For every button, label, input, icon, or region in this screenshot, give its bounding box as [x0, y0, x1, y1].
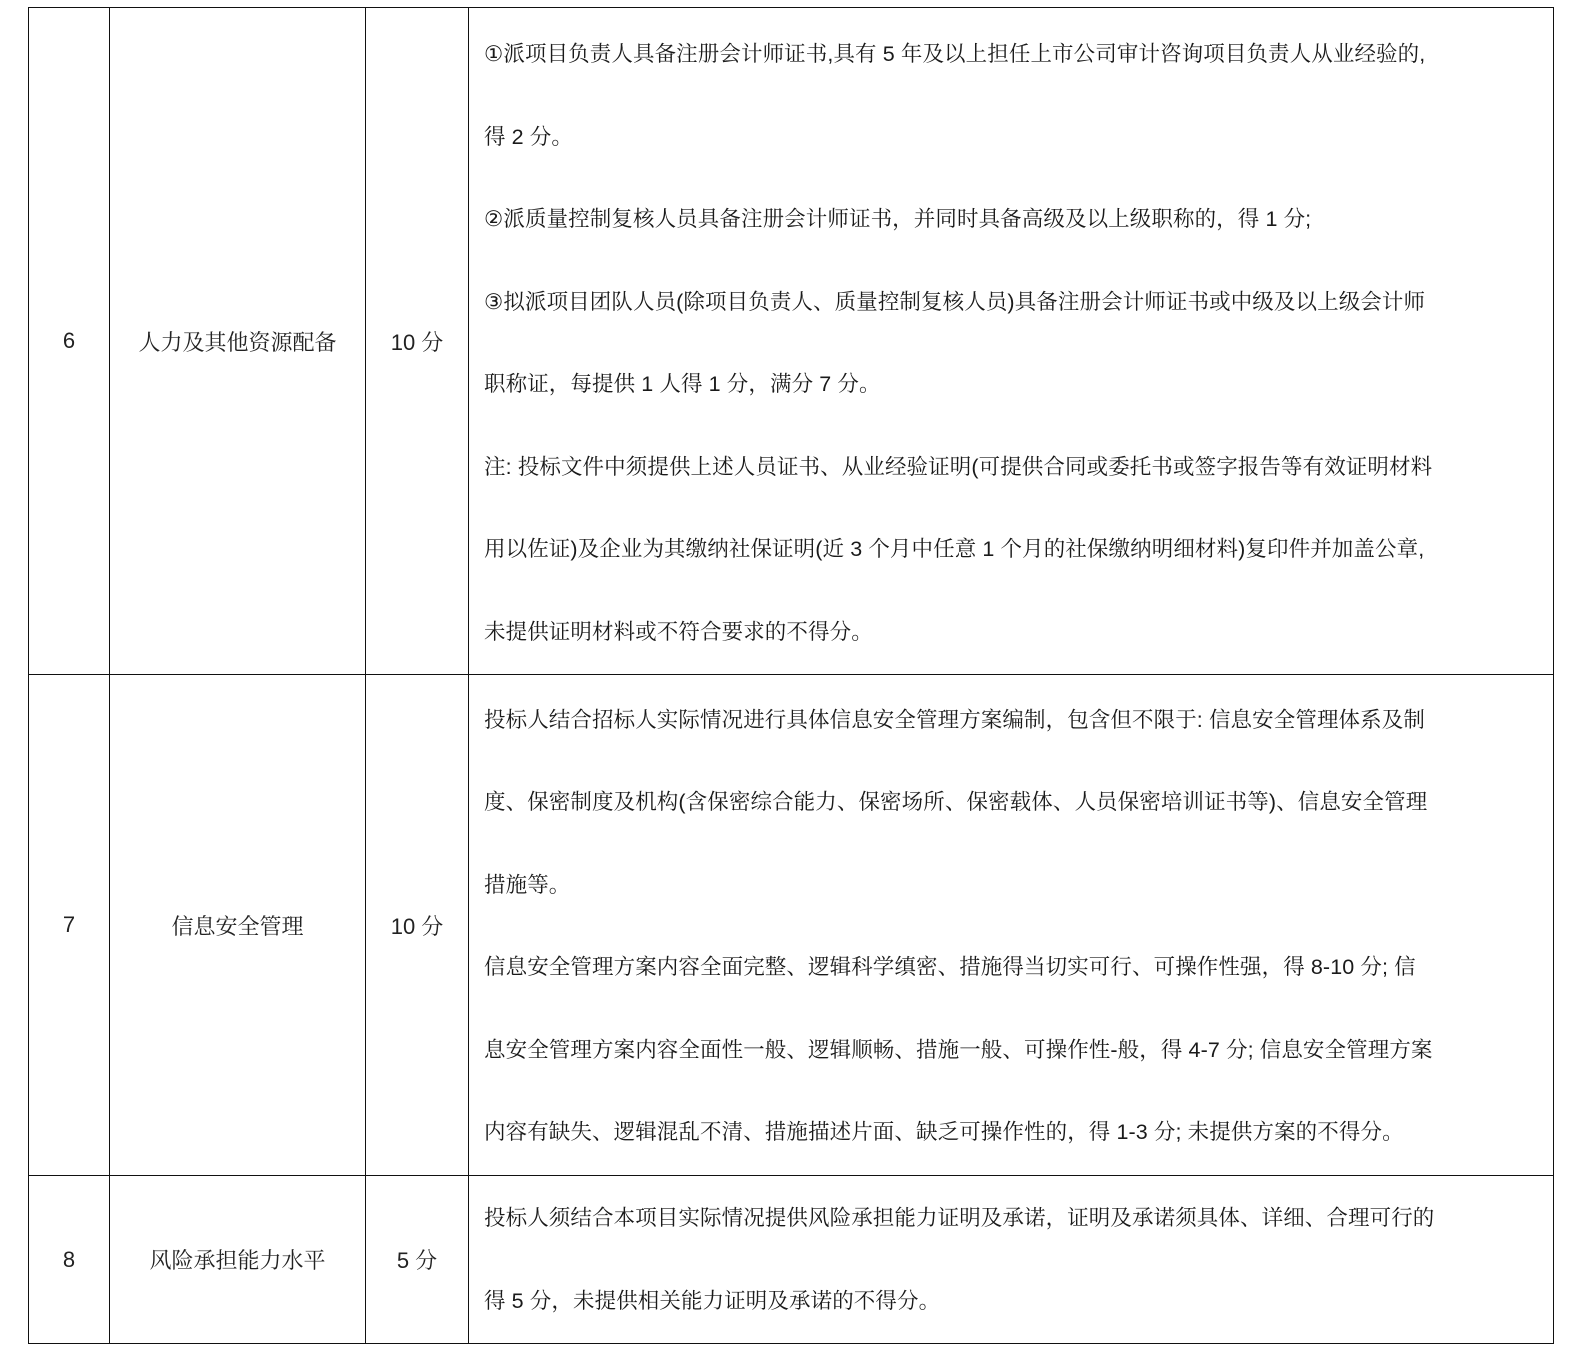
description-line: ②派质量控制复核人员具备注册会计师证书，并同时具备高级及以上级职称的，得 1 分…	[484, 178, 1539, 261]
table-row-6: 6 人力及其他资源配备 10 分 ①派项目负责人具备注册会计师证书,具有 5 年…	[29, 8, 1554, 675]
criteria-item-name: 人力及其他资源配备	[138, 330, 336, 355]
criteria-item-name: 信息安全管理	[171, 914, 303, 939]
row-number: 8	[63, 1247, 75, 1272]
scoring-criteria-table: 6 人力及其他资源配备 10 分 ①派项目负责人具备注册会计师证书,具有 5 年…	[28, 7, 1554, 1344]
criteria-description: 投标人结合招标人实际情况进行具体信息安全管理方案编制，包含但不限于: 信息安全管…	[484, 677, 1539, 1174]
criteria-description-cell: ①派项目负责人具备注册会计师证书,具有 5 年及以上担任上市公司审计咨询项目负责…	[469, 8, 1554, 675]
max-score-cell: 10 分	[366, 8, 469, 675]
description-line: 投标人结合招标人实际情况进行具体信息安全管理方案编制，包含但不限于: 信息安全管…	[484, 679, 1539, 762]
description-line: 内容有缺失、逻辑混乱不清、措施描述片面、缺乏可操作性的，得 1-3 分; 未提供…	[484, 1091, 1539, 1174]
table-row-8: 8 风险承担能力水平 5 分 投标人须结合本项目实际情况提供风险承担能力证明及承…	[29, 1176, 1554, 1344]
criteria-item-cell: 人力及其他资源配备	[110, 8, 366, 675]
description-line: 注: 投标文件中须提供上述人员证书、从业经验证明(可提供合同或委托书或签字报告等…	[484, 426, 1539, 509]
description-line: 得 2 分。	[484, 96, 1539, 179]
row-number-cell: 6	[29, 8, 110, 675]
description-line: 用以佐证)及企业为其缴纳社保证明(近 3 个月中任意 1 个月的社保缴纳明细材料…	[484, 508, 1539, 591]
criteria-item-cell: 风险承担能力水平	[110, 1176, 366, 1344]
description-line: 息安全管理方案内容全面性一般、逻辑顺畅、措施一般、可操作性-般，得 4-7 分;…	[484, 1009, 1539, 1092]
description-line: 投标人须结合本项目实际情况提供风险承担能力证明及承诺，证明及承诺须具体、详细、合…	[484, 1177, 1539, 1260]
table-row-7: 7 信息安全管理 10 分 投标人结合招标人实际情况进行具体信息安全管理方案编制…	[29, 675, 1554, 1176]
criteria-description: 投标人须结合本项目实际情况提供风险承担能力证明及承诺，证明及承诺须具体、详细、合…	[484, 1177, 1539, 1342]
criteria-description-cell: 投标人结合招标人实际情况进行具体信息安全管理方案编制，包含但不限于: 信息安全管…	[469, 675, 1554, 1176]
description-line: ③拟派项目团队人员(除项目负责人、质量控制复核人员)具备注册会计师证书或中级及以…	[484, 261, 1539, 344]
row-number-cell: 8	[29, 1176, 110, 1344]
description-line: 信息安全管理方案内容全面完整、逻辑科学缜密、措施得当切实可行、可操作性强，得 8…	[484, 926, 1539, 1009]
max-score: 10 分	[391, 330, 444, 355]
criteria-description-cell: 投标人须结合本项目实际情况提供风险承担能力证明及承诺，证明及承诺须具体、详细、合…	[469, 1176, 1554, 1344]
row-number: 6	[63, 328, 75, 353]
max-score: 5 分	[397, 1248, 437, 1273]
max-score-cell: 5 分	[366, 1176, 469, 1344]
row-number-cell: 7	[29, 675, 110, 1176]
max-score: 10 分	[391, 914, 444, 939]
description-line: ①派项目负责人具备注册会计师证书,具有 5 年及以上担任上市公司审计咨询项目负责…	[484, 13, 1539, 96]
description-line: 措施等。	[484, 844, 1539, 927]
max-score-cell: 10 分	[366, 675, 469, 1176]
description-line: 得 5 分，未提供相关能力证明及承诺的不得分。	[484, 1260, 1539, 1343]
criteria-item-cell: 信息安全管理	[110, 675, 366, 1176]
criteria-description: ①派项目负责人具备注册会计师证书,具有 5 年及以上担任上市公司审计咨询项目负责…	[484, 9, 1539, 673]
description-line: 职称证，每提供 1 人得 1 分，满分 7 分。	[484, 343, 1539, 426]
description-line: 度、保密制度及机构(含保密综合能力、保密场所、保密载体、人员保密培训证书等)、信…	[484, 761, 1539, 844]
row-number: 7	[63, 912, 75, 937]
criteria-item-name: 风险承担能力水平	[149, 1248, 325, 1273]
description-line: 未提供证明材料或不符合要求的不得分。	[484, 591, 1539, 674]
